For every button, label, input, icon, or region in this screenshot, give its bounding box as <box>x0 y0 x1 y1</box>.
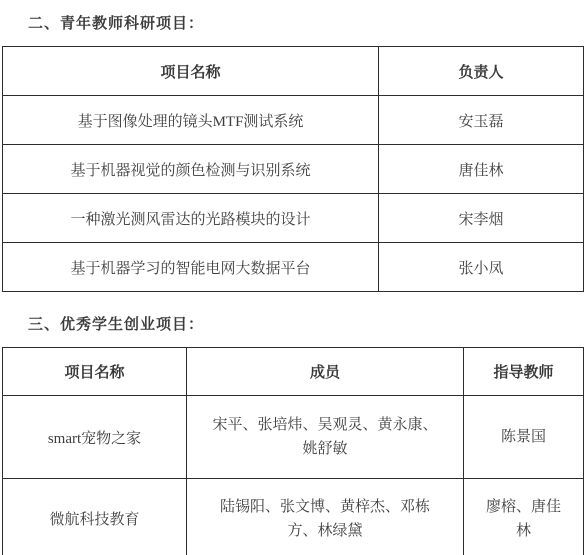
table-row: 基于图像处理的镜头MTF测试系统 安玉磊 <box>3 96 584 145</box>
column-header-project-name: 项目名称 <box>3 47 379 96</box>
members-cell: 陆锡阳、张文博、黄梓杰、邓栋方、林绿黛 <box>187 479 464 555</box>
leader-cell: 唐佳林 <box>379 145 584 194</box>
project-name-cell: 微航科技教育 <box>3 479 187 555</box>
project-name-cell: 基于图像处理的镜头MTF测试系统 <box>3 96 379 145</box>
column-header-project-name: 项目名称 <box>3 348 187 396</box>
table-header-row: 项目名称 成员 指导教师 <box>3 348 584 396</box>
table-row: 微航科技教育 陆锡阳、张文博、黄梓杰、邓栋方、林绿黛 廖榕、唐佳林 <box>3 479 584 555</box>
young-teacher-research-table: 项目名称 负责人 基于图像处理的镜头MTF测试系统 安玉磊 基于机器视觉的颜色检… <box>2 46 584 292</box>
section1-heading: 二、青年教师科研项目： <box>28 0 587 33</box>
leader-cell: 宋李烟 <box>379 194 584 243</box>
project-name-cell: 基于机器学习的智能电网大数据平台 <box>3 243 379 292</box>
advisor-cell: 廖榕、唐佳林 <box>464 479 584 555</box>
column-header-advisor: 指导教师 <box>464 348 584 396</box>
project-name-cell: 基于机器视觉的颜色检测与识别系统 <box>3 145 379 194</box>
advisor-cell: 陈景国 <box>464 396 584 479</box>
members-cell: 宋平、张培炜、吴观灵、黄永康、姚舒敏 <box>187 396 464 479</box>
table-row: smart宠物之家 宋平、张培炜、吴观灵、黄永康、姚舒敏 陈景国 <box>3 396 584 479</box>
section2-heading: 三、优秀学生创业项目： <box>28 292 587 334</box>
project-name-cell: 一种激光测风雷达的光路模块的设计 <box>3 194 379 243</box>
student-entrepreneurship-table: 项目名称 成员 指导教师 smart宠物之家 宋平、张培炜、吴观灵、黄永康、姚舒… <box>2 347 584 555</box>
leader-cell: 安玉磊 <box>379 96 584 145</box>
table-header-row: 项目名称 负责人 <box>3 47 584 96</box>
table-row: 一种激光测风雷达的光路模块的设计 宋李烟 <box>3 194 584 243</box>
table-row: 基于机器学习的智能电网大数据平台 张小凤 <box>3 243 584 292</box>
column-header-members: 成员 <box>187 348 464 396</box>
project-name-cell: smart宠物之家 <box>3 396 187 479</box>
leader-cell: 张小凤 <box>379 243 584 292</box>
table-row: 基于机器视觉的颜色检测与识别系统 唐佳林 <box>3 145 584 194</box>
column-header-leader: 负责人 <box>379 47 584 96</box>
